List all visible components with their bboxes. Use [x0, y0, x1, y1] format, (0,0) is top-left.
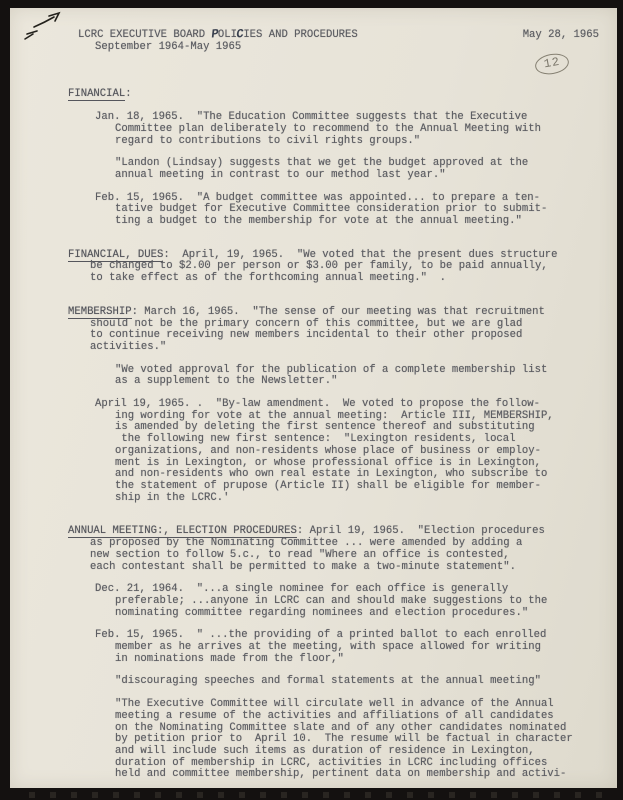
section-heading-rest: : April, 19, 1965. "We voted that the pr… — [163, 249, 557, 261]
handwritten-letter-p: P — [210, 29, 218, 43]
text-line: "discouraging speeches and formal statem… — [115, 676, 599, 688]
policy-entry: "We voted approval for the publication o… — [68, 365, 599, 388]
document-page: 12 LCRC EXECUTIVE BOARD POLICIES AND PRO… — [10, 8, 617, 788]
policy-entry: Feb. 15, 1965. " ...the providing of a p… — [68, 630, 599, 665]
text-line: to continue receiving new members incide… — [90, 330, 599, 342]
text-line: Committee plan deliberately to recommend… — [115, 124, 599, 136]
document-title: LCRC EXECUTIVE BOARD POLICIES AND PROCED… — [78, 30, 358, 42]
policy-entry: April 19, 1965. . "By-law amendment. We … — [68, 399, 599, 504]
policy-entry: "discouraging speeches and formal statem… — [68, 676, 599, 688]
policy-entry: "Landon (Lindsay) suggests that we get t… — [68, 158, 599, 181]
text-line: regard to contributions to civil rights … — [115, 136, 599, 148]
title-text: LCRC EXECUTIVE BOARD — [78, 29, 212, 41]
policy-entry: should not be the primary concern of thi… — [68, 319, 599, 354]
section-heading-rest: : March 16, 1965. "The sense of our meet… — [132, 306, 545, 318]
section-heading-text: FINANCIAL — [68, 88, 125, 101]
text-line: new section to follow 5.c., to read "Whe… — [90, 550, 599, 562]
text-line: organizations, and non-residents whose p… — [115, 446, 599, 458]
text-line: and will include such items as duration … — [115, 746, 599, 758]
policy-section: ANNUAL MEETING:, ELECTION PROCEDURES: Ap… — [68, 526, 599, 781]
title-text: OLI — [218, 29, 237, 41]
section-heading-line: FINANCIAL: — [68, 89, 599, 101]
text-line: annual meeting in contrast to our method… — [115, 170, 599, 182]
text-line: as a supplement to the Newsletter." — [115, 376, 599, 388]
document-body: FINANCIAL:Jan. 18, 1965. "The Education … — [68, 89, 599, 781]
document-header: LCRC EXECUTIVE BOARD POLICIES AND PROCED… — [68, 30, 599, 53]
section-heading-text: MEMBERSHIP — [68, 306, 132, 319]
text-line: April 19, 1965. . "By-law amendment. We … — [95, 399, 599, 411]
text-line: each contestant shall be permitted to ma… — [90, 562, 599, 574]
text-line: member as he arrives at the meeting, wit… — [115, 642, 599, 654]
document-content: LCRC EXECUTIVE BOARD POLICIES AND PROCED… — [68, 30, 599, 781]
policy-entry: be changed to $2.00 per person or $3.00 … — [68, 261, 599, 284]
text-line: ting a budget to the membership for vote… — [115, 216, 599, 228]
policy-section: FINANCIAL:Jan. 18, 1965. "The Education … — [68, 89, 599, 227]
policy-entry: Feb. 15, 1965. "A budget committee was a… — [68, 193, 599, 228]
handwritten-scribble-mark — [18, 10, 74, 46]
text-line: the statement of prupose (Article II) sh… — [115, 481, 599, 493]
text-line: activities." — [90, 342, 599, 354]
policy-entry: Jan. 18, 1965. "The Education Committee … — [68, 112, 599, 147]
text-line: ship in the LCRC.' — [115, 493, 599, 505]
text-line: meeting a resume of the activities and a… — [115, 711, 599, 723]
text-line: held and committee membership, pertinent… — [115, 769, 599, 781]
section-heading-rest: : — [125, 88, 131, 100]
policy-entry: Dec. 21, 1964. "...a single nominee for … — [68, 584, 599, 619]
handwritten-letter-c: C — [236, 29, 244, 43]
title-text: IES AND PROCEDURES — [243, 29, 357, 41]
policy-entry: "The Executive Committee will circulate … — [68, 699, 599, 781]
policy-section: FINANCIAL, DUES: April, 19, 1965. "We vo… — [68, 250, 599, 285]
title-row: LCRC EXECUTIVE BOARD POLICIES AND PROCED… — [78, 30, 599, 42]
policy-section: MEMBERSHIP: March 16, 1965. "The sense o… — [68, 307, 599, 505]
section-heading-rest: : April 19, 1965. "Election procedures — [297, 525, 545, 537]
section-heading-line: MEMBERSHIP: March 16, 1965. "The sense o… — [68, 307, 599, 319]
text-line: preferable; ...anyone in LCRC can and sh… — [115, 596, 599, 608]
text-line: nominating committee regarding nominees … — [115, 608, 599, 620]
document-subtitle: September 1964-May 1965 — [95, 42, 599, 54]
text-line: to take effect as of the forthcoming ann… — [90, 273, 599, 285]
policy-entry: as proposed by the Nominating Committee … — [68, 538, 599, 573]
document-date: May 28, 1965 — [523, 30, 599, 42]
text-line: in nominations made from the floor," — [115, 654, 599, 666]
